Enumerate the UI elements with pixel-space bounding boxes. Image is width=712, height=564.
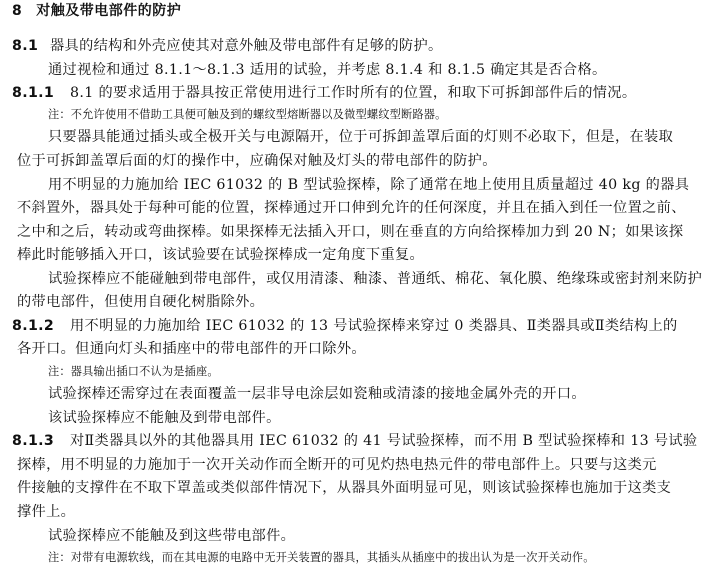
paragraph-line: 撑件上。 [17,503,75,521]
clause-text: 8.1 的要求适用于器具按正常使用进行工作时所有的位置，和取下可拆卸部件后的情况… [70,85,636,101]
note: 注：器具输出插口不认为是插座。 [48,363,219,381]
paragraph-line: 的带电部件，但使用自硬化树脂除外。 [17,293,264,311]
section-title: 对触及带电部件的防护 [36,3,181,19]
note: 注：对带有电源软线，而在其电源的电路中无开关装置的器具，其插头从插座中的拔出认为… [48,549,595,564]
paragraph: 该试验探棒应不能触及到带电部件。 [48,409,281,427]
clause-8-1-2: 8.1.2用不明显的力施加给 IEC 61032 的 13 号试验探棒来穿过 0… [12,317,678,335]
paragraph-line: 只要器具能通过插头或全极开关与电源隔开，位于可拆卸盖罩后面的灯则不必取下，但是，… [48,128,673,146]
clause-text: 用不明显的力施加给 IEC 61032 的 13 号试验探棒来穿过 0 类器具、… [70,318,678,334]
paragraph-line: 件接触的支撑件在不取下罩盖或类似部件情况下，从器具外面明显可见，则该试验探棒也施… [17,479,671,497]
paragraph-line: 之中和之后，转动或弯曲探棒。如果探棒无法插入开口，则在垂直的方向给探棒加力到 2… [17,223,683,241]
note: 注：不允许使用不借助工具便可触及到的螺纹型熔断器以及微型螺纹型断路器。 [48,106,447,124]
section-heading: 8对触及带电部件的防护 [12,2,181,20]
paragraph-line: 棒此时能够插入开口，该试验要在试验探棒成一定角度下重复。 [17,246,424,264]
clause-number: 8.1.3 [12,432,70,450]
clause-8-1-3: 8.1.3对Ⅱ类器具以外的其他器具用 IEC 61032 的 41 号试验探棒，… [12,432,697,450]
paragraph-line: 位于可拆卸盖罩后面的灯的操作中，应确保对触及灯头的带电部件的防护。 [17,152,497,170]
clause-8-1-1: 8.1.18.1 的要求适用于器具按正常使用进行工作时所有的位置，和取下可拆卸部… [12,84,636,102]
clause-text: 对Ⅱ类器具以外的其他器具用 IEC 61032 的 41 号试验探棒，而不用 B… [70,433,697,449]
paragraph-line: 探棒，用不明显的力施加于一次开关动作而全断开的可见灼热电热元件的带电部件上。只要… [17,456,657,474]
clause-text: 器具的结构和外壳应使其对意外触及带电部件有足够的防护。 [50,38,443,54]
clause-8-1: 8.1器具的结构和外壳应使其对意外触及带电部件有足够的防护。 [12,37,443,55]
clause-number: 8.1 [12,37,50,55]
paragraph-line: 试验探棒应不能碰触到带电部件，或仅用清漆、釉漆、普通纸、棉花、氧化膜、绝缘珠或密… [48,270,702,288]
paragraph-line: 各开口。但通向灯头和插座中的带电部件的开口除外。 [17,340,366,358]
paragraph: 试验探棒还需穿过在表面覆盖一层非导电涂层如瓷釉或清漆的接地金属外壳的开口。 [48,385,586,403]
clause-number: 8.1.2 [12,317,70,335]
paragraph-line: 不斜置外，器具处于每种可能的位置，探棒通过开口伸到允许的任何深度，并且在插入到任… [17,199,686,217]
paragraph: 试验探棒应不能触及到这些带电部件。 [48,527,295,545]
paragraph-line: 用不明显的力施加给 IEC 61032 的 B 型试验探棒，除了通常在地上使用且… [48,176,689,194]
clause-number: 8.1.1 [12,84,70,102]
paragraph: 通过视检和通过 8.1.1～8.1.3 适用的试验，并考虑 8.1.4 和 8.… [48,61,607,79]
section-number: 8 [12,3,22,19]
